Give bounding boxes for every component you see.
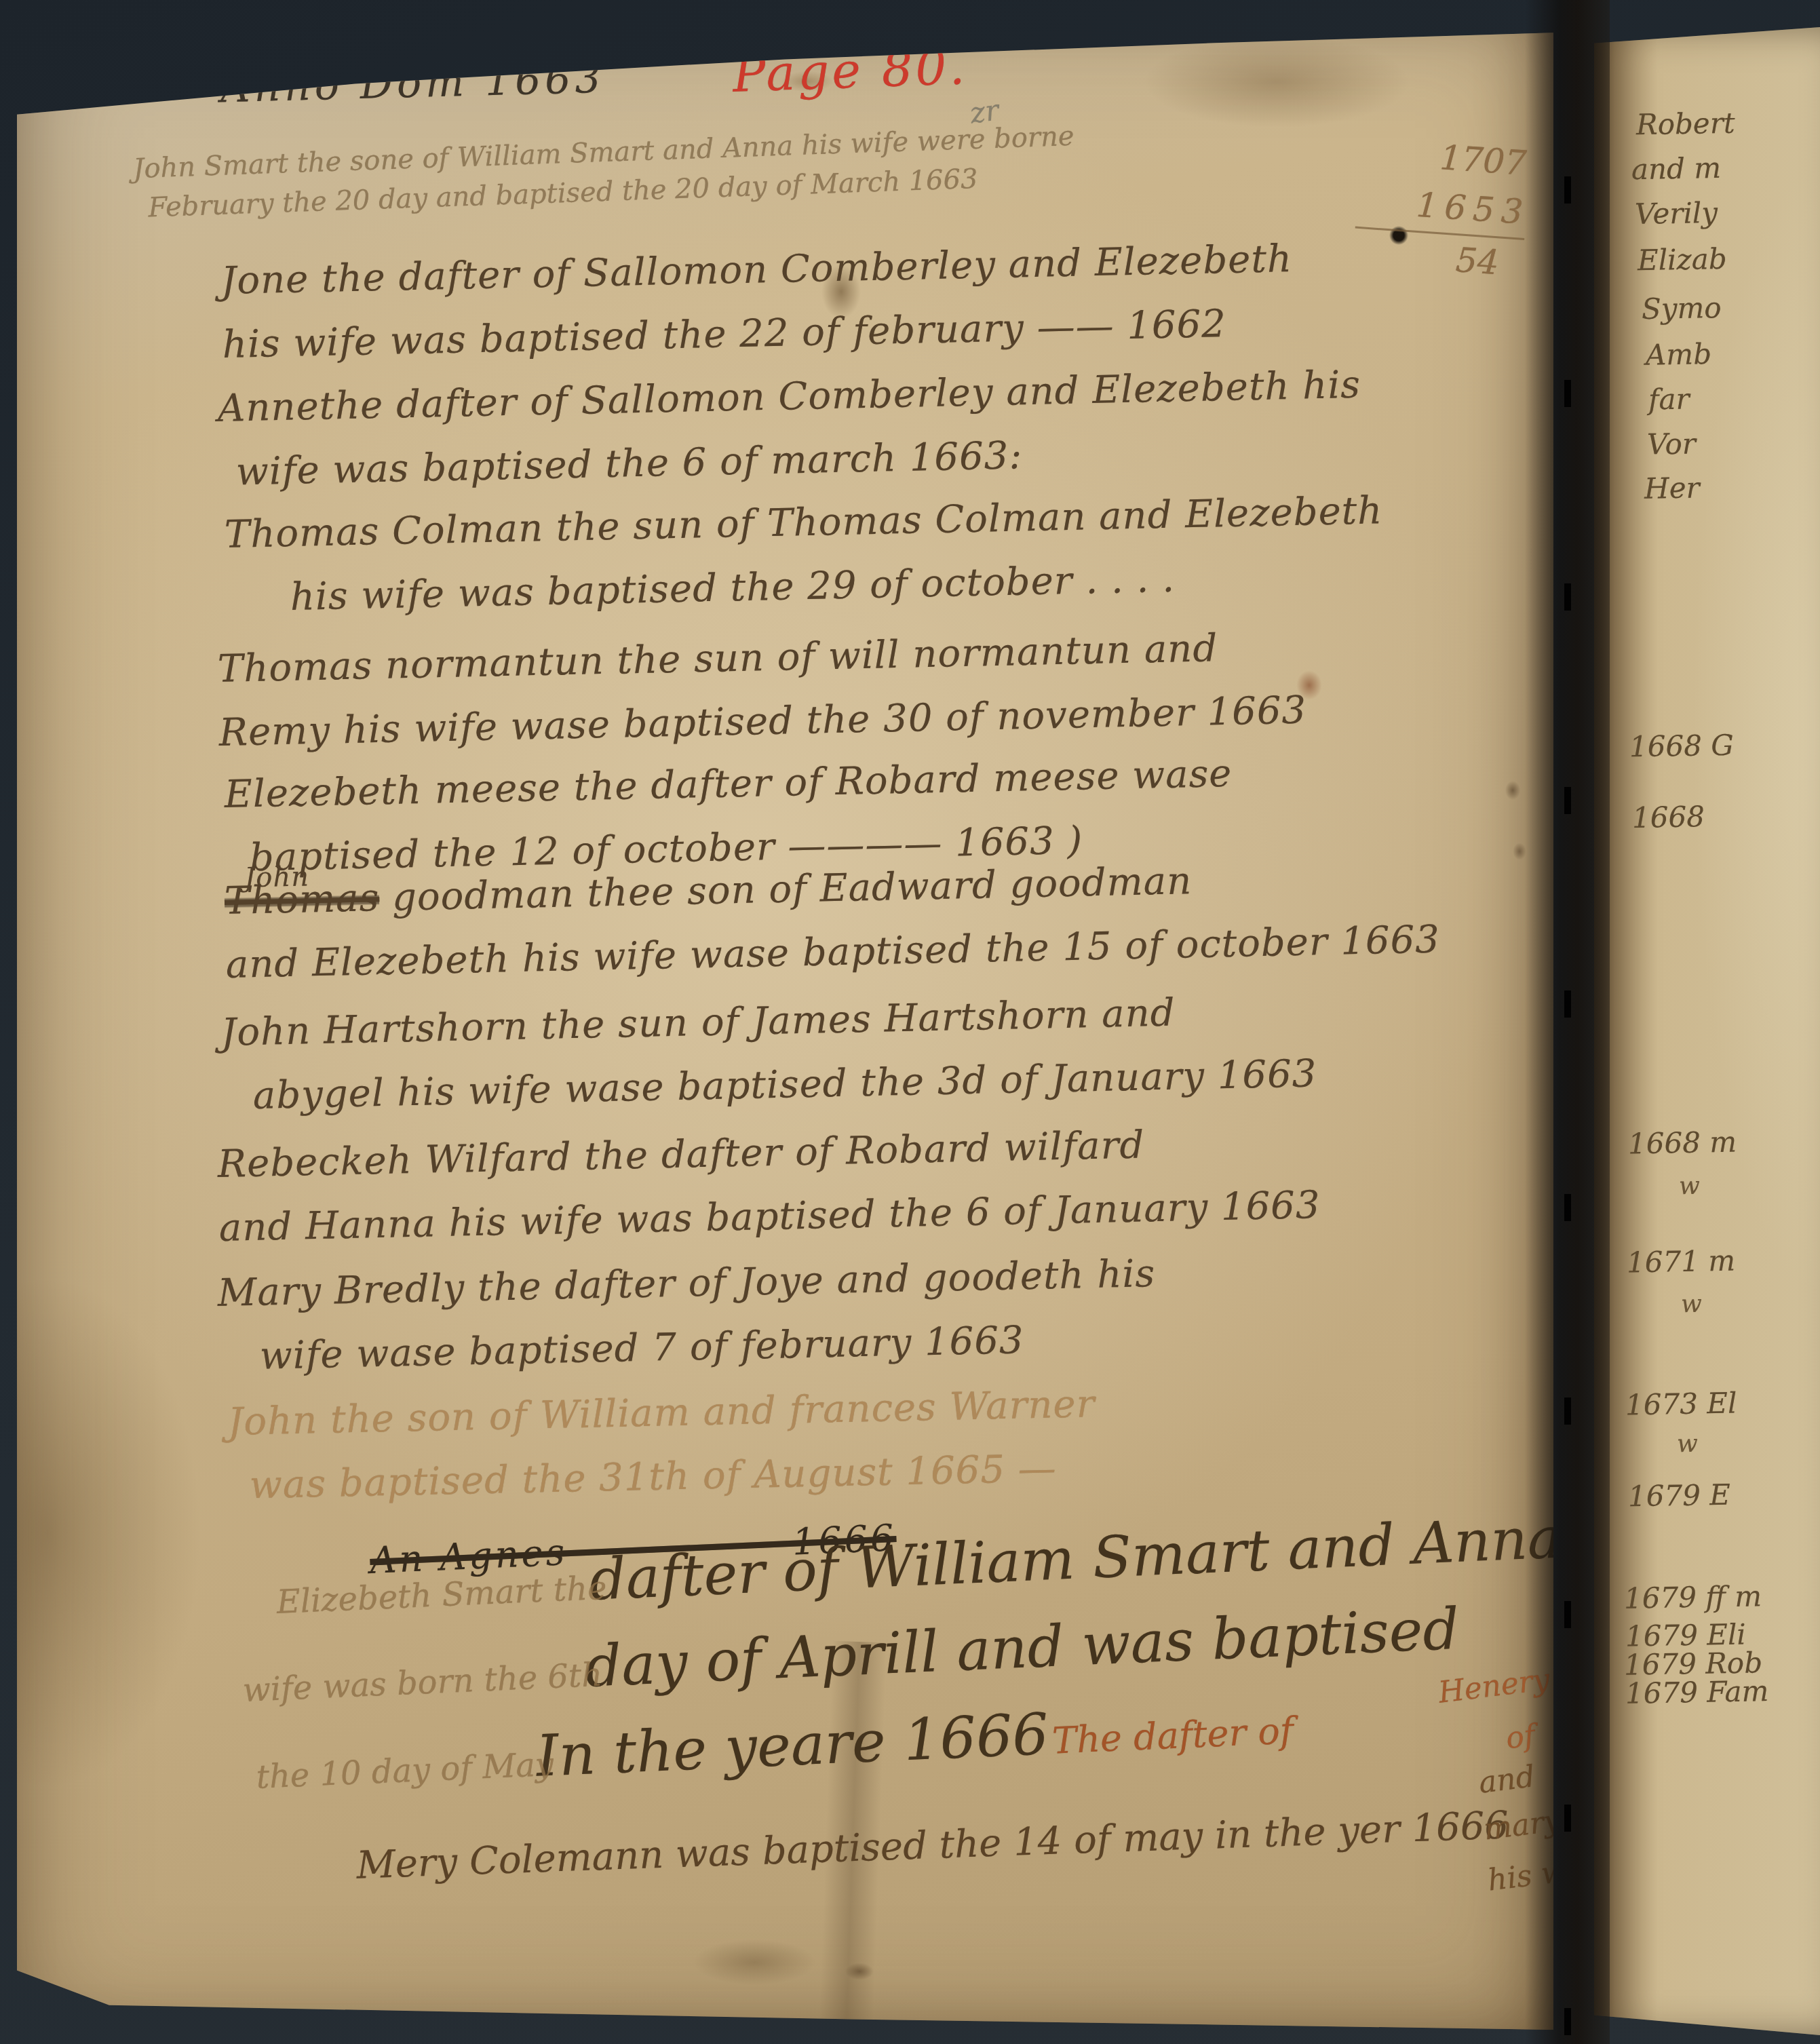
right-page-fragment: Verily <box>1635 196 1718 231</box>
right-page-fragment: 1679 ff m <box>1624 1579 1762 1615</box>
photo-background: Anno Dom 1663 Page 80. zr John Smart the… <box>0 0 1820 2044</box>
right-page-fragment: 1668 <box>1632 800 1705 834</box>
right-page-fragment: 1673 El <box>1625 1387 1737 1422</box>
right-page-fragment: Elizab <box>1638 242 1727 277</box>
register-right-page-edge: Robert and m Verily Elizab Symo Amb far … <box>1594 27 1820 2035</box>
right-page-fragment: Robert <box>1636 107 1735 142</box>
baptism-entry-corrected: JohnThomas goodman thee son of Eadward g… <box>224 845 1441 997</box>
right-page-fragment: Amb <box>1646 337 1712 372</box>
right-page-fragment: w <box>1679 1172 1701 1201</box>
baptism-entry: Annethe dafter of Sallomon Comberley and… <box>217 353 1363 505</box>
right-page-fragment: 1668 m <box>1628 1125 1737 1161</box>
baptism-entry: Jone the dafter of Sallomon Comberley an… <box>220 227 1294 377</box>
baptism-entry: John Hartshorn the sun of James Hartshor… <box>220 978 1317 1129</box>
undertext: the 10 day of May <box>255 1746 554 1796</box>
right-page-fragment: 1668 G <box>1629 729 1735 764</box>
undertext: Elizebeth Smart the <box>275 1569 607 1621</box>
overtext: In the yeare 1666 <box>535 1701 1049 1790</box>
overtext: day of Aprill and was baptised <box>583 1596 1460 1700</box>
right-page-fragment: Vor <box>1647 427 1697 461</box>
calc-bottom: 54 <box>1379 230 1528 289</box>
inserted-name: John <box>244 845 310 910</box>
right-page-fragment: 1679 E <box>1628 1478 1731 1513</box>
right-page-fragment: w <box>1681 1290 1703 1319</box>
smart-entry-line: Elizebeth Smart the dafter of William Sm… <box>275 1499 1678 1627</box>
entry-text: goodman thee son of Eadward goodman <box>379 859 1193 920</box>
year-heading: Anno Dom 1663 <box>220 55 605 113</box>
right-page-fragment: Symo <box>1642 291 1722 326</box>
binding-stitches <box>1564 0 1571 2044</box>
right-page-fragment: and m <box>1631 151 1722 186</box>
right-page-fragment: 1679 Fam <box>1625 1674 1769 1710</box>
overtext: dafter of William Smart and Anna His <box>588 1499 1678 1613</box>
page-number-label: Page 80. <box>732 38 969 103</box>
right-page-fragment: 1671 m <box>1627 1244 1736 1279</box>
book-binding-gutter <box>1525 0 1610 2044</box>
right-page-fragment: w <box>1677 1430 1699 1459</box>
baptism-entry: Thomas normantun the sun of will normant… <box>217 615 1307 765</box>
baptism-entry: Mary Bredly the dafter of Joye and goode… <box>217 1242 1157 1389</box>
baptism-entry: Rebeckeh Wilfard the dafter of Robard wi… <box>217 1110 1321 1260</box>
margin-overtext: The dafter of <box>1051 1709 1294 1762</box>
coleman-entry: Mery Colemann was baptised the 14 of may… <box>355 1803 1509 1887</box>
undertext: wife was born the 6th <box>241 1656 603 1710</box>
register-left-page: Anno Dom 1663 Page 80. zr John Smart the… <box>17 0 1553 2044</box>
baptism-entry: Thomas Colman the sun of Thomas Colman a… <box>224 479 1385 631</box>
margin-calculation: 1707 1653 54 <box>1379 130 1535 289</box>
baptism-entry-faded: John the son of William and frances Warn… <box>227 1372 1097 1518</box>
calc-middle: 1653 <box>1382 178 1531 237</box>
right-page-fragment: Her <box>1644 471 1700 505</box>
faded-header-note: John Smart the sone of William Smart and… <box>132 117 1076 228</box>
right-page-fragment: far <box>1648 382 1690 416</box>
